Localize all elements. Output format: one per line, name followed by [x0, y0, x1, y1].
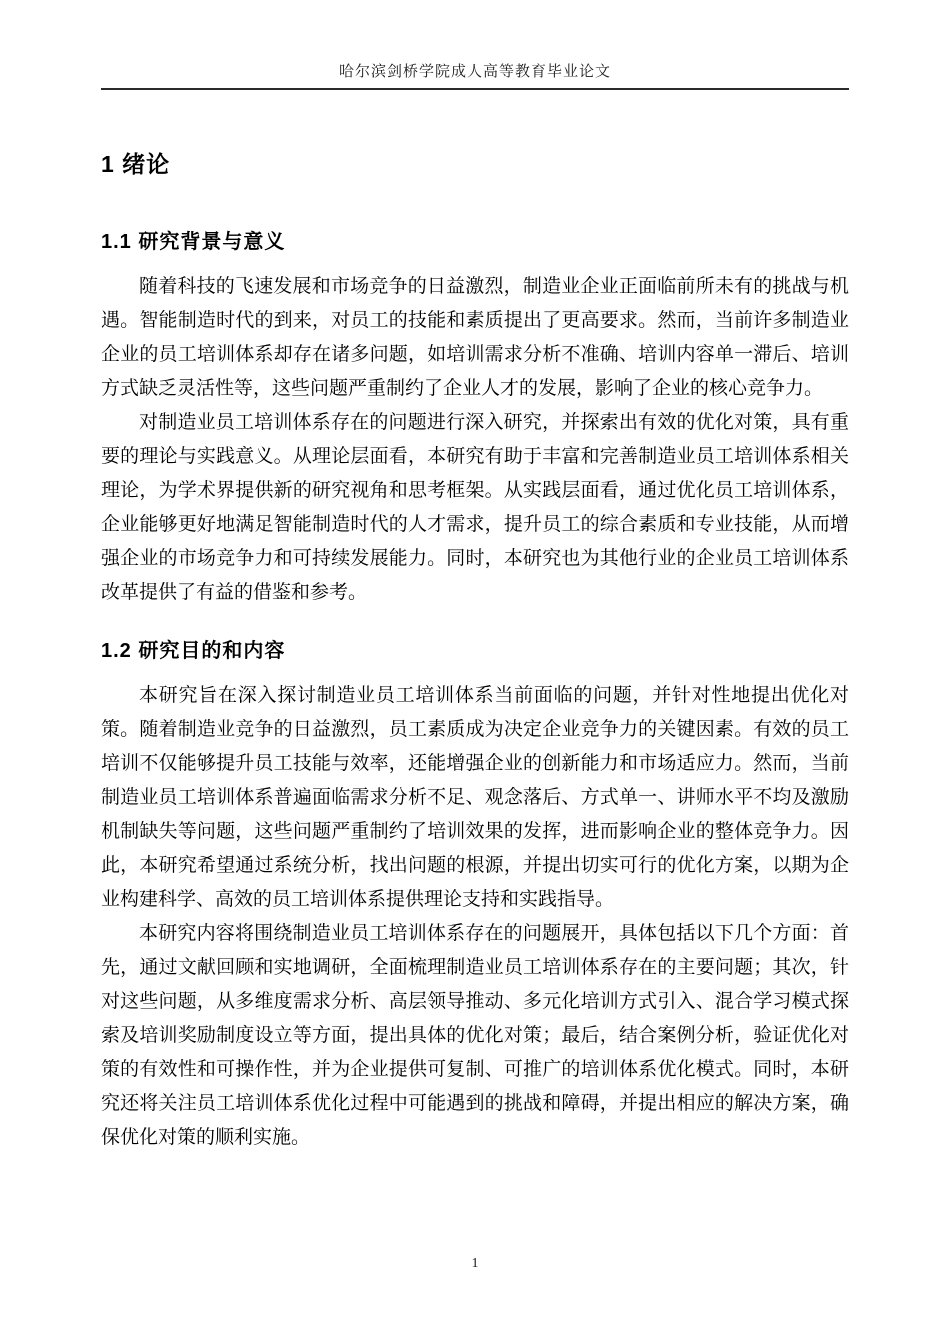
document-body: 1 绪论 1.1 研究背景与意义 随着科技的飞速发展和市场竞争的日益激烈，制造业… [101, 146, 849, 1155]
paragraph: 本研究内容将围绕制造业员工培训体系存在的问题展开，具体包括以下几个方面：首先，通… [101, 917, 849, 1155]
section-heading-1-2: 1.2 研究目的和内容 [101, 634, 849, 663]
page-footer: 1 [0, 1254, 950, 1272]
section-heading-1-1: 1.1 研究背景与意义 [101, 225, 849, 254]
thesis-page: 哈尔滨剑桥学院成人高等教育毕业论文 1 绪论 1.1 研究背景与意义 随着科技的… [0, 0, 950, 1344]
paragraph: 对制造业员工培训体系存在的问题进行深入研究，并探索出有效的优化对策，具有重要的理… [101, 406, 849, 610]
running-head-title: 哈尔滨剑桥学院成人高等教育毕业论文 [101, 60, 849, 90]
paragraph: 随着科技的飞速发展和市场竞争的日益激烈，制造业企业正面临前所未有的挑战与机遇。智… [101, 270, 849, 406]
page-header: 哈尔滨剑桥学院成人高等教育毕业论文 [101, 0, 849, 90]
paragraph: 本研究旨在深入探讨制造业员工培训体系当前面临的问题，并针对性地提出优化对策。随着… [101, 679, 849, 917]
chapter-title: 1 绪论 [101, 146, 849, 179]
page-number: 1 [472, 1256, 479, 1271]
